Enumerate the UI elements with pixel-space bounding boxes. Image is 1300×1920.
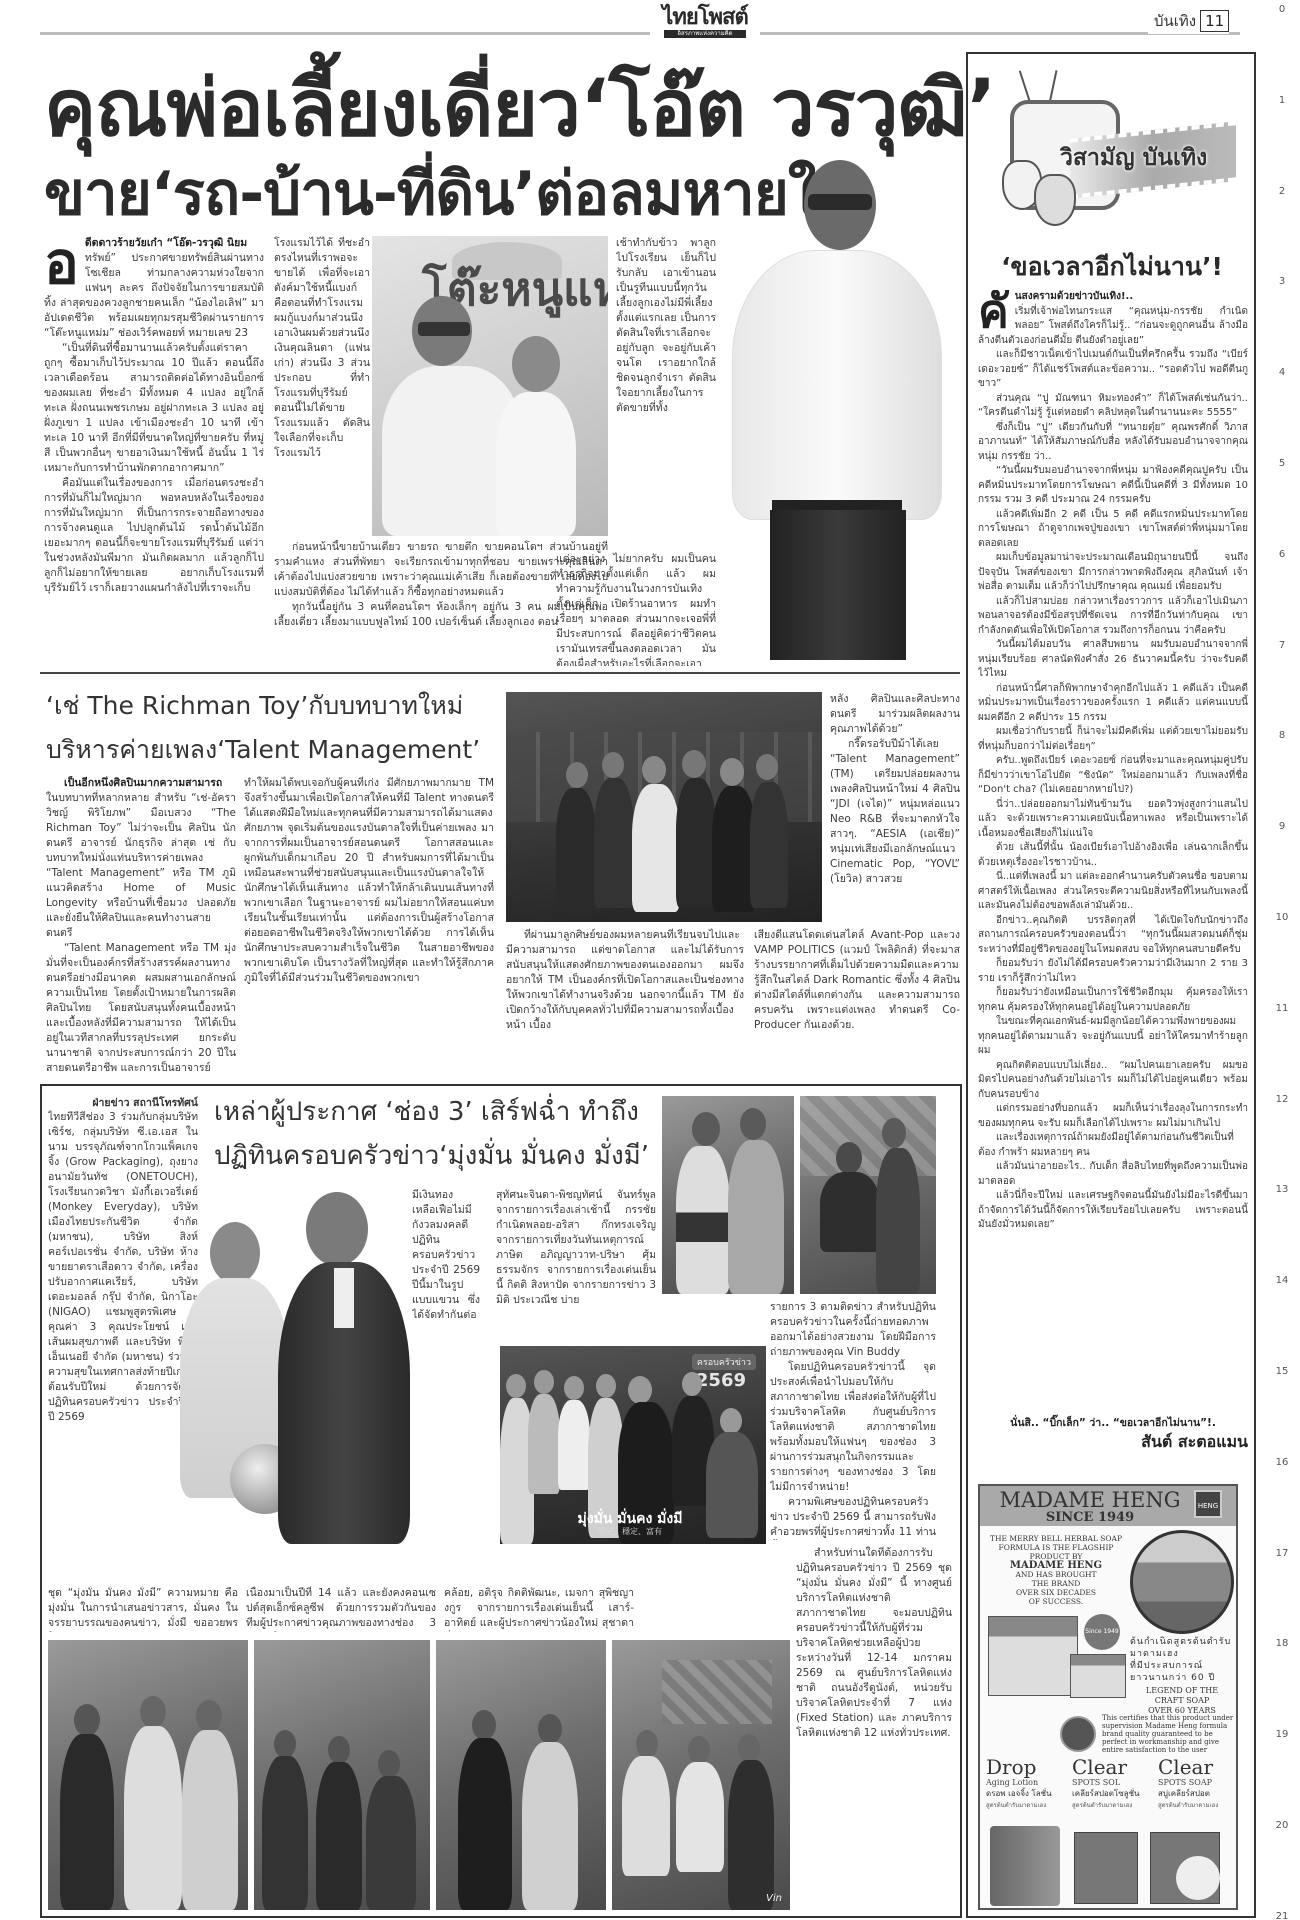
person-head (692, 1112, 720, 1146)
person-head (740, 1108, 766, 1140)
ruler-number: 1 (1270, 95, 1294, 106)
paragraph: ความพิเศษของปฏิทินครอบครัวข่าว ประจำปี 2… (770, 1495, 936, 1540)
person-head (538, 1714, 562, 1744)
photo-board (662, 1660, 772, 1724)
advert-product: ClearSPOTS SOAPสบู่เคลียร์สปอตสูตรต้นตำร… (1158, 1756, 1236, 1810)
paragraph: ชุด “มุ่งมั่น มั่นคง มั่งมี” ความหมาย คื… (48, 1586, 238, 1632)
advert-brand: MADAME HENG (990, 1488, 1190, 1512)
story2-headline-line1: ‘เช่ The Richman Toy’กับบทบาทใหม่ (46, 686, 463, 726)
lead-story-col3: เช้าทำกับข้าว พาลูกไปโรงเรียน เย็นก็ไปรั… (616, 236, 716, 552)
paragraph: ส่วนคุณ “ปู มัณฑนา หิมะทองคำ” ก็ได้โพสต์… (978, 392, 1248, 421)
drop-bottle-icon (990, 1826, 1060, 1906)
paragraph: ก็ยอมรับว่า ยังไม่ได้มีครอบครัวความว่ามี… (978, 957, 1248, 986)
paragraph: “วันนี้ผมรับมอบอำนาจจากพี่หนุ่ม มาฟ้องคด… (978, 464, 1248, 508)
ruler-number: 17 (1270, 1548, 1294, 1559)
person-body (676, 1146, 730, 1294)
person-head (74, 1704, 100, 1736)
heng-seal-icon: HENG (1194, 1490, 1222, 1518)
story3-mid2: สุทัศนะจินดา-พิชญทัศน์ จันทร์พูล จากรายก… (496, 1188, 656, 1338)
paragraph: เสียงดีแสนโดดเด่นสไตล์ Avant-Pop และวง V… (754, 928, 960, 1033)
advert-blurb: THE MERRY BELL HERBAL SOAPFORMULA IS THE… (986, 1534, 1126, 1606)
story3-bottom2: เนื่องมาเป็นปีที่ 14 แล้ว และยังคงคอนเซป… (246, 1586, 436, 1632)
product-name: Drop (986, 1756, 1064, 1778)
ruler-number: 2 (1270, 186, 1294, 197)
person-body (622, 1756, 670, 1876)
person-head (566, 762, 588, 788)
lead-story-col3b: แต่ละอย่าง ไม่ยากครับ ผมเป็นคนทำธุรกิจมา… (556, 552, 716, 666)
story3-bottom1: ชุด “มุ่งมั่น มั่นคง มั่งมี” ความหมาย คื… (48, 1586, 238, 1632)
soap-bar-icon (1176, 1856, 1220, 1900)
story2-col2: ทำให้ผมได้พบเจอกับผู้คนที่เก่ง มีศักยภาพ… (244, 776, 494, 1078)
column-headline: ‘ขอเวลาอีกไม่นาน’! (976, 250, 1248, 284)
advert-thai-tagline: ต้นกำเนิดสูตรต้นตำรับมาดามเฮงที่มีประสบก… (1130, 1636, 1234, 1684)
person-body (706, 1432, 758, 1538)
person-body (528, 1394, 560, 1494)
advert-line: THE MERRY BELL HERBAL SOAP (986, 1534, 1126, 1543)
story3-mid1: มีเงินทองเหลือเฟือไม่มีกังวลมงคลดี ปฏิทิ… (412, 1188, 480, 1388)
advert-line: FORMULA IS THE FLAGSHIP (986, 1543, 1126, 1552)
ruler-number: 19 (1270, 1729, 1294, 1740)
advert-line: LEGEND OF THE (1130, 1686, 1234, 1696)
paragraph: ในบทบาทที่หลากหลาย สำหรับ “เช่-อัคราวิชญ… (46, 791, 236, 941)
person-head (602, 752, 624, 778)
since-stamp: Since 1949 (1084, 1614, 1120, 1650)
story3-right-col-bottom: สำหรับท่านใดที่ต้องการรับปฏิทินครอบครัวข… (796, 1546, 952, 1912)
story3-bottom-photo-2 (254, 1640, 430, 1910)
product-name: Clear (1158, 1756, 1236, 1778)
advert-line: MADAME HENG (986, 1561, 1126, 1570)
lead-story-col2: โรงแรมไว้ได้ ที่ชะอำตรงไหนที่เราพอจะขายไ… (274, 236, 370, 536)
section-label: บันเทิง 11 (1148, 8, 1229, 34)
advert-product: ClearSPOTS SOLเคลียร์สปอตโซลูชั่นสูตรต้น… (1072, 1756, 1150, 1810)
person-body (676, 778, 716, 908)
person-head (738, 1734, 760, 1762)
person-body (556, 788, 596, 908)
product-thai: ดรอพ เอจจิ้ง โลชั่น (986, 1787, 1064, 1800)
paragraph: ซึ่งก็เป็น “ปู” เดียวกันกับที่ “ทนายตุ๋ย… (978, 421, 1248, 465)
paragraph: รายการ 3 ตามติดข่าว สำหรับปฏิทินครอบครัว… (770, 1300, 936, 1360)
story2-col3: หลัง ศิลปินและศิลปะทางดนตรี มาร่วมผลิตผล… (830, 692, 960, 926)
paragraph: ในขณะที่คุณเอกพันธ์-ผมมีลูกน้อยได้ความพึ… (978, 1015, 1248, 1059)
product-thai2: สูตรต้นตำรับมาดามเฮง (1072, 1800, 1150, 1810)
story3-byline: ฝ่ายข่าว สถานีโทรทัศน์ (48, 1094, 198, 1111)
story3-photo-couple-2 (800, 1096, 936, 1294)
paragraph: แล้วนี่ก็จะปีใหม่ และเศรษฐกิจตอนนี้มันยั… (978, 1189, 1248, 1233)
ruler-number: 9 (1270, 821, 1294, 832)
clear-sol-box-icon (1074, 1832, 1138, 1904)
paragraph: ทำให้ผมได้พบเจอกับผู้คนที่เก่ง มีศักยภาพ… (244, 776, 494, 986)
person-body (750, 782, 788, 908)
paragraph: นี่ว่า..ปล่อยออกมาไม่ทันข้ามวัน ยอดวิวพุ… (978, 798, 1248, 842)
product-name: Clear (1072, 1756, 1150, 1778)
calendar-year: 2569 (696, 1370, 746, 1391)
person-body (458, 1738, 512, 1910)
paragraph: แต่ละอย่าง ไม่ยากครับ ผมเป็นคนทำธุรกิจมา… (556, 552, 716, 666)
person-body (316, 1762, 362, 1910)
paragraph: และเรื่องเหตุการณ์ถ้าผมยังมีอยู่ได้ตามก่… (978, 1131, 1248, 1160)
person-body (594, 778, 634, 908)
person-head (140, 1696, 166, 1728)
ruler-number: 12 (1270, 1094, 1294, 1105)
advert-line: ยาวนานกว่า 60 ปี (1130, 1672, 1234, 1684)
person-head (596, 1374, 616, 1398)
page-number: 11 (1200, 10, 1229, 32)
advert-line: CRAFT SOAP (1130, 1696, 1234, 1706)
advert-line: OF SUCCESS. (986, 1597, 1126, 1606)
paragraph: นี่..แต่ที่เพลงนี้ มา แต่ละออกคำนานครับต… (978, 870, 1248, 914)
paragraph: ด้วย เส้นนี้ที่นั้น น้องเบียร์เอาไปอ้างอ… (978, 841, 1248, 870)
calendar-badge: ครอบครัวข่าว (692, 1354, 756, 1370)
ruler-number: 11 (1270, 1003, 1294, 1014)
boy-head (512, 336, 560, 392)
story3-bottom-photo-1 (48, 1640, 248, 1910)
paragraph: กรี๊ดรอรับปีม้าได้เลย “Talent Management… (830, 737, 960, 887)
dropcap: คั่ (978, 290, 1009, 332)
lead-photo-portrait (712, 160, 962, 660)
paragraph: สุทัศนะจินดา-พิชญทัศน์ จันทร์พูล จากรายก… (496, 1188, 656, 1308)
soap-box-icon (988, 1616, 1078, 1696)
certification-seal-icon (1060, 1716, 1096, 1752)
column-closing: นั่นสิ.. “บิ๊กเล็ก” ว่า.. “ขอเวลาอีกไม่น… (978, 1414, 1248, 1431)
product-sub: Aging Lotion (986, 1778, 1064, 1787)
person-head (534, 1370, 554, 1394)
lead-headline-line1: คุณพ่อเลี้ยงเดี่ยว‘โอ๊ต วรวุฒิ’ (44, 64, 996, 154)
person-body (728, 1760, 774, 1910)
boy-figure (496, 392, 576, 536)
person-body (728, 1140, 784, 1294)
lede: นสงครามด้วยข่าวบันเทิง!.. (978, 290, 1248, 305)
paragraph: คล้อย, อติรุจ กิตติพัฒนะ, เมจกา สุพิชญาง… (444, 1586, 634, 1632)
story3-headline-line2: ปฏิทินครอบครัวข่าว‘มุ่งมั่น มั่นคง มั่งม… (214, 1134, 649, 1178)
person-body (820, 1172, 880, 1252)
advert-legend: LEGEND OF THECRAFT SOAPOVER 60 YEARS (1130, 1686, 1234, 1716)
person-body (876, 1148, 920, 1294)
ruler-number: 14 (1270, 1275, 1294, 1286)
paragraph: เนื่องมาเป็นปีที่ 14 แล้ว และยังคงคอนเซป… (246, 1586, 436, 1632)
product-thai: เคลียร์สปอตโซลูชั่น (1072, 1787, 1150, 1800)
person-head (636, 1730, 658, 1758)
portrait-trousers (770, 510, 906, 660)
story3-bottom-photo-3 (436, 1640, 606, 1910)
ruler-number: 18 (1270, 1638, 1294, 1649)
story3-calendar-photo: ครอบครัวข่าว 2569 มุ่งมั่น มั่นคง มั่งมี… (500, 1346, 766, 1544)
product-sub: SPOTS SOL (1072, 1778, 1150, 1787)
advert-line: THE BRAND (986, 1579, 1126, 1588)
person-body (676, 1762, 724, 1872)
paragraph: อีกข่าว..คุณกิตติ บรรลิดกุลที่ ได้เปิดใจ… (978, 914, 1248, 958)
paragraph: เช้าทำกับข้าว พาลูกไปโรงเรียน เย็นก็ไปรั… (616, 236, 716, 416)
person-body (522, 1742, 578, 1910)
paragraph: ที่ผ่านมาลูกศิษย์ของผมหลายคนที่เรียนจบไป… (506, 928, 744, 1033)
man-head (306, 1192, 368, 1266)
paragraph: มีเงินทองเหลือเฟือไม่มีกังวลมงคลดี ปฏิทิ… (412, 1188, 480, 1323)
paragraph: คุณกิตติตอบแบบไม่เลี่ยง.. “ผมไปคนเยาเลยค… (978, 1059, 1248, 1103)
story3-headline-line1: เหล่าผู้ประกาศ ‘ช่อง 3’ เสิร์ฟฉ่ำ ทำถึง (214, 1090, 639, 1134)
paragraph: เริ่มที่เจ้าพ่อไทนกระแส “คุณหนุ่ม-กรรชัย… (978, 305, 1248, 349)
paragraph: แล้วคดีเพิ่มอีก 2 คดี เป็น 5 คดี คดีแรกห… (978, 508, 1248, 552)
advert-line: AND HAS BROUGHT (986, 1570, 1126, 1579)
product-thai: สบู่เคลียร์สปอต (1158, 1787, 1236, 1800)
logo-tagline: อิสรภาพแห่งความคิด (664, 30, 746, 38)
ruler-number: 15 (1270, 1366, 1294, 1377)
product-thai2: สูตรต้นตำรับมาดามเฮง (1158, 1800, 1236, 1810)
person-head (472, 1710, 496, 1740)
lead-story-col1: อ ดีตดาวร้ายวัยเก๋า “โอ๊ต-วรวุฒิ นิยม ทร… (44, 236, 264, 666)
column-logo-text: วิสามัญ บันเทิง (1060, 140, 1207, 176)
paragraph: หลัง ศิลปินและศิลปะทางดนตรี มาร่วมผลิตผล… (830, 692, 960, 737)
advert-since: SINCE 1949 (990, 1510, 1190, 1525)
person-head (378, 1750, 400, 1778)
person-head (682, 1372, 702, 1396)
paragraph: ก็ยอมรับว่ายังเหมือนเป็นการใช้ชีวิตอีกมุ… (978, 986, 1248, 1015)
story2-col-bottom-mid: ที่ผ่านมาลูกศิษย์ของผมหลายคนที่เรียนจบไป… (506, 928, 744, 1078)
story3-right-col: รายการ 3 ตามติดข่าว สำหรับปฏิทินครอบครัว… (770, 1300, 936, 1540)
ruler-number: 4 (1270, 367, 1294, 378)
person-body (124, 1726, 182, 1910)
advert-line: ที่มีประสบการณ์ (1130, 1660, 1234, 1672)
ruler-number: 21 (1270, 1911, 1294, 1920)
paragraph: ครับ..พูดถึงเบียร์ เดอะวอยซ์ ก่อนที่จะมา… (978, 754, 1248, 798)
ruler-number: 16 (1270, 1457, 1294, 1468)
ruler-number: 3 (1270, 276, 1294, 287)
paragraph: แล้วมันน่าอายอะไร.. กับเด็ก สื่อลิบไทยที… (978, 1160, 1248, 1189)
person-head (274, 1730, 296, 1758)
story2-headline-line2: บริหารค่ายเพลง‘Talent Management’ (46, 730, 480, 770)
paragraph: “Talent Management หรือ TM มุ่งมั่นที่จะ… (46, 941, 236, 1076)
person-head (720, 1408, 742, 1434)
masthead: ไทยโพสต์ อิสรภาพแห่งความคิด บันเทิง 11 (40, 14, 1240, 40)
column-logo: วิสามัญ บันเทิง (1000, 70, 1240, 240)
advert-products: DropAging Lotionดรอพ เอจจิ้ง โลชั่นสูตรต… (986, 1756, 1236, 1810)
lead-photo-tv-show: โต๊ะหนูแหม่ม (372, 236, 608, 536)
masthead-logo: ไทยโพสต์ อิสรภาพแห่งความคิด (650, 6, 760, 40)
calendar-slogan-cn: 堅定、穩定、富有 (550, 1526, 710, 1537)
person-head (642, 756, 666, 784)
story2-col-bottom-right: เสียงดีแสนโดดเด่นสไตล์ Avant-Pop และวง V… (754, 928, 960, 1078)
advert-line: มาดามเฮง (1130, 1648, 1234, 1660)
portrait-sunglasses (808, 194, 872, 210)
ruler-number: 20 (1270, 1820, 1294, 1831)
person-body (558, 1400, 590, 1490)
dropcap: อ (44, 236, 79, 290)
story3-bottom3: คล้อย, อติรุจ กิตติพัฒนะ, เมจกา สุพิชญาง… (444, 1586, 634, 1632)
advert-certify: This certifies that this product under s… (1102, 1714, 1234, 1754)
advert-line: OVER SIX DECADES (986, 1588, 1126, 1597)
madame-heng-advert[interactable]: MADAME HENG SINCE 1949 HENG THE MERRY BE… (978, 1484, 1238, 1910)
story2-group-photo (506, 692, 822, 922)
person-body (60, 1734, 114, 1910)
person-head (328, 1736, 350, 1764)
person-head (564, 1376, 584, 1400)
man-shirt (334, 1268, 354, 1328)
woman-head (210, 1222, 260, 1284)
lede: เป็นอีกหนึ่งศิลปินมากความสามารถ (46, 776, 236, 791)
person-head (836, 1142, 862, 1174)
paragraph: และก็มีชาวเน็ตเข้าไปเมนต์กันเป็นที่ครึกค… (978, 348, 1248, 392)
ruler-number: 10 (1270, 912, 1294, 923)
paragraph: คือมันแต่ในเรื่องของการ เมื่อก่อนตรงชะอำ… (44, 476, 264, 596)
section-name: บันเทิง (1154, 9, 1196, 33)
antenna-icon (1019, 71, 1031, 104)
paragraph: วันนี้ผมได้มอบวัน ศาลสืบพยาน ผมรับมอบอำน… (978, 638, 1248, 682)
story3-bottom-photo-4: Vin (612, 1640, 790, 1910)
story2-col1: เป็นอีกหนึ่งศิลปินมากความสามารถ ในบทบาทท… (46, 776, 236, 1078)
person-body (182, 1730, 238, 1910)
paragraph: สำหรับท่านใดที่ต้องการรับปฏิทินครอบครัวข… (796, 1546, 952, 1741)
person-head (882, 1118, 906, 1148)
ruler-number: 13 (1270, 1184, 1294, 1195)
logo-text: ไทยโพสต์ (650, 6, 760, 30)
paragraph: ก่อนหน้านี้ศาลก็พิพากษาจำคุกอีกไปแล้ว 1 … (978, 682, 1248, 726)
soap-box-small-icon (1070, 1654, 1126, 1698)
advert-line: ต้นกำเนิดสูตรต้นตำรับ (1130, 1636, 1234, 1648)
storefront-photo (1130, 1530, 1234, 1634)
ruler-number: 5 (1270, 458, 1294, 469)
paragraph: แล้วก็ไปสามบ่อย กล่าวหาเรื่องราวการ แล้ว… (978, 595, 1248, 639)
advert-product: DropAging Lotionดรอพ เอจจิ้ง โลชั่นสูตรต… (986, 1756, 1064, 1810)
person-head (720, 758, 744, 786)
ruler-number: 6 (1270, 549, 1294, 560)
sunglasses (418, 322, 470, 336)
person-head (196, 1700, 222, 1732)
paragraph: ผมเชื่อว่ากับรายนี้ ก็น่าจะไม่มีคดีเพิ่ม… (978, 725, 1248, 754)
story3-photo-couple-1 (662, 1096, 794, 1294)
masthead-rule (40, 32, 1240, 35)
person-body-white-suit (632, 784, 680, 912)
paragraph: “เป็นที่ดินที่ซื้อมานานแล้วครับตั้งแต่รา… (44, 341, 264, 476)
paragraph: โดยปฏิทินครอบครัวข่าวนี้ จุดประสงค์เพื่อ… (770, 1360, 936, 1495)
story3-photo-anchors (174, 1188, 414, 1544)
photo-board (800, 1096, 936, 1176)
paragraph: โรงแรมไว้ได้ ที่ชะอำตรงไหนที่เราพอจะขายไ… (274, 236, 370, 461)
product-thai2: สูตรต้นตำรับมาดามเฮง (986, 1800, 1064, 1810)
column-body: คั่ นสงครามด้วยข่าวบันเทิง!.. เริ่มที่เจ… (978, 290, 1248, 1410)
person-head (506, 1374, 526, 1398)
photo-credit: Vin (766, 1893, 782, 1904)
antenna-icon (1048, 70, 1057, 104)
person-head (756, 754, 778, 780)
portrait-shirt (732, 250, 942, 520)
happy-mask-icon (1034, 174, 1076, 226)
person-head (682, 750, 706, 778)
ruler-number: 7 (1270, 640, 1294, 651)
column-paragraphs: เริ่มที่เจ้าพ่อไทนกระแส “คุณหนุ่ม-กรรชัย… (978, 305, 1248, 1233)
section-divider (40, 672, 960, 674)
person-body (262, 1756, 308, 1910)
paragraph: ผมเก็บข้อมูลมาน่าจะประมาณเดือนมิถุนายนปี… (978, 551, 1248, 595)
column-author: สันต์ สะตอแมน (978, 1430, 1248, 1455)
ruler-number: 0 (1270, 4, 1294, 15)
person-head (628, 1376, 652, 1404)
ruler-number: 8 (1270, 730, 1294, 741)
person-head (688, 1736, 710, 1764)
product-sub: SPOTS SOAP (1158, 1778, 1236, 1787)
person-body (366, 1776, 416, 1910)
paragraph: แต่กรรมอย่างที่บอกแล้ว ผมก็เห็นว่าเรื่อง… (978, 1102, 1248, 1131)
